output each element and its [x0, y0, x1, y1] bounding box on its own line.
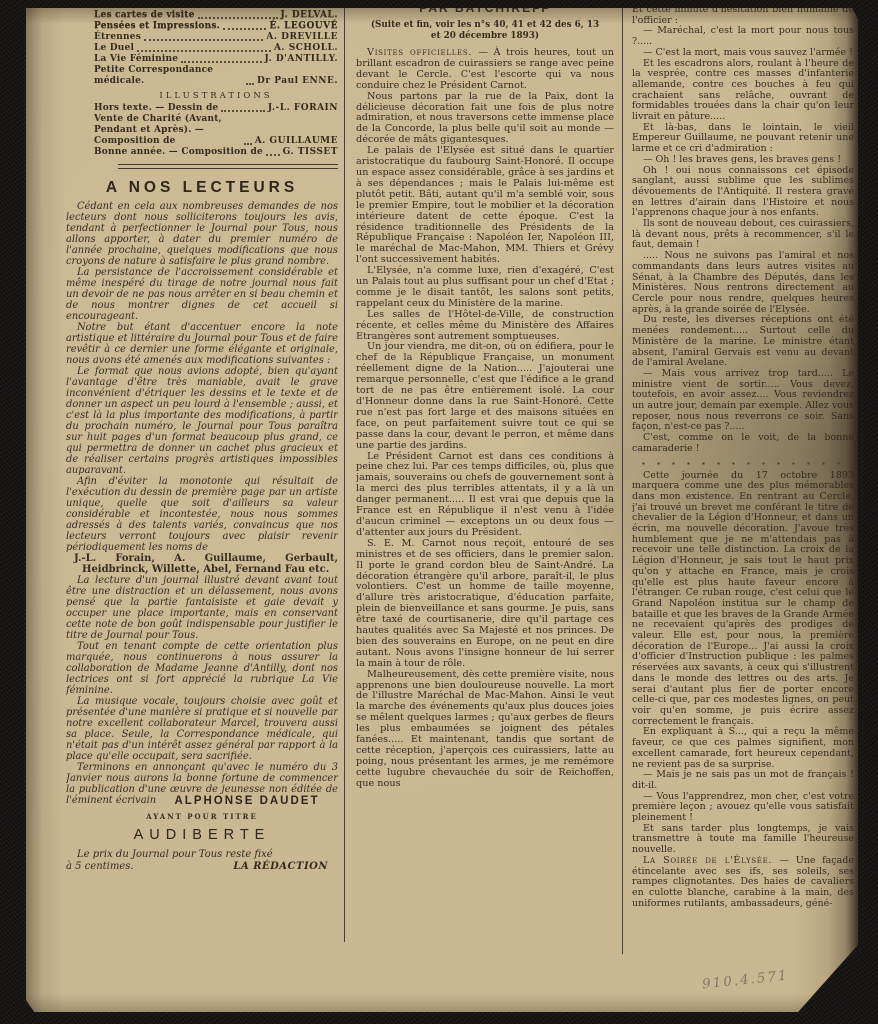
- paragraph: Et sans tarder plus longtemps, je vais t…: [632, 824, 854, 856]
- paragraph: C'est, comme on le voit, de la bonne cam…: [632, 433, 854, 454]
- paragraph: Cédant en cela aux nombreuses demandes d…: [66, 201, 338, 267]
- paragraph: — Vous l'apprendrez, mon cher, c'est vot…: [632, 792, 854, 824]
- toc-author: A. SCHOLL.: [274, 43, 338, 54]
- byline-clip: PAR BATCHIREFF: [356, 8, 614, 17]
- toc-title: Les cartes de visite: [94, 10, 195, 21]
- dotted-leader: [266, 147, 280, 156]
- toc-title: La Vie Féminine: [94, 54, 178, 65]
- paragraph: L'Elysée, n'a comme luxe, rien d'exagéré…: [356, 266, 614, 310]
- toc-title: Vente de Charité (Avant, Pendant et Aprè…: [94, 114, 241, 147]
- article-text: Visites officielles. — À trois heures, t…: [356, 48, 614, 790]
- paragraph: Malheureusement, dès cette première visi…: [356, 670, 614, 790]
- price-line: Le prix du Journal pour Tous reste fixé: [66, 849, 338, 860]
- paragraph: Ils sont de nouveau debout, ces cuirassi…: [632, 219, 854, 251]
- toc-author: G. TISSET: [283, 147, 338, 158]
- toc-row: Le DuelA. SCHOLL.: [94, 43, 338, 54]
- paragraph-lead: La Soirée de l'Élysée.: [643, 855, 780, 866]
- paragraph: Du reste, les diverses réceptions ont ét…: [632, 315, 854, 369]
- contents-list: Les cartes de visiteJ. DELVAL.Pensées et…: [94, 10, 338, 87]
- paragraph: — Mais je ne sais pas un mot de français…: [632, 770, 854, 791]
- article-heading: A NOS LECTEURS: [66, 179, 338, 197]
- paragraph: — Mais vous arrivez trop tard..... Le mi…: [632, 369, 854, 433]
- paragraph: En expliquant à S..., qui a reçu la même…: [632, 727, 854, 770]
- paragraph: S. E. M. Carnot nous reçoit, entouré de …: [356, 539, 614, 670]
- toc-author: A. DREVILLE: [266, 32, 338, 43]
- paragraph: Notre but étant d'accentuer encore la no…: [66, 322, 338, 366]
- paragraph-lead: Visites officielles.: [367, 47, 478, 58]
- illustrations-heading: ILLUSTRATIONS: [94, 91, 338, 101]
- dotted-separator: [636, 462, 850, 465]
- toc-row: Hors texte. — Dessin deJ.-L. FORAIN: [94, 103, 338, 114]
- paragraph: Un jour viendra, me dit-on, où on édifie…: [356, 342, 614, 451]
- dotted-leader: [223, 21, 267, 30]
- paragraph: J.-L. Forain, A. Guillaume, Gerbault, He…: [66, 553, 338, 575]
- paragraph: La Soirée de l'Élysée. — Une façade étin…: [632, 856, 854, 910]
- illustrations-list: Hors texte. — Dessin deJ.-L. FORAINVente…: [94, 103, 338, 158]
- paragraph: — Oh ! les braves gens, les braves gens …: [632, 155, 854, 166]
- paragraph: Le format que nous avions adopté, bien q…: [66, 366, 338, 476]
- paragraph: Oh ! oui nous connaissons cet épisode sa…: [632, 166, 854, 220]
- left-column: Les cartes de visiteJ. DELVAL.Pensées et…: [66, 8, 338, 1010]
- paragraph: Le palais de l'Elysée est situé dans le …: [356, 146, 614, 266]
- dotted-leader: [181, 54, 261, 63]
- continuation-note: (Suite et fin, voir les n°s 40, 41 et 42…: [366, 20, 604, 42]
- toc-author: J.-L. FORAIN: [268, 103, 338, 114]
- paragraph: — C'est la mort, mais vous sauvez l'armé…: [632, 48, 854, 59]
- paragraph: Et les escadrons alors, roulant à l'heur…: [632, 59, 854, 123]
- toc-title: Hors texte. — Dessin de: [94, 103, 218, 114]
- double-rule: [118, 164, 338, 169]
- paragraph: Cette journée du 17 octobre 1893 marquer…: [632, 471, 854, 728]
- toc-author: É. LEGOUVÉ: [269, 21, 338, 32]
- dotted-leader: [221, 103, 264, 112]
- toc-author: J. D'ANTILLY.: [265, 54, 338, 65]
- toc-row: La Vie FéminineJ. D'ANTILLY.: [94, 54, 338, 65]
- toc-author: Dr Paul ENNE.: [257, 76, 338, 87]
- toc-title: Petite Correspondance médicale.: [94, 65, 243, 87]
- byline: PAR BATCHIREFF: [356, 8, 614, 15]
- toc-title: Bonne année. — Composition de: [94, 147, 263, 158]
- column-divider-left: [344, 8, 345, 942]
- price-amount: à 5 centimes.: [66, 861, 134, 872]
- toc-row: ÉtrennesA. DREVILLE: [94, 32, 338, 43]
- toc-row: Pensées et Impressions.É. LEGOUVÉ: [94, 21, 338, 32]
- paragraph: Tout en tenant compte de cette orientati…: [66, 641, 338, 696]
- dotted-leader: [144, 32, 263, 41]
- article-text-continued: Et cette minute d'hésitation bien humain…: [632, 8, 854, 909]
- editorial-text: Cédant en cela aux nombreuses demandes d…: [66, 201, 338, 806]
- signature-note: AYANT POUR TITRE: [66, 812, 338, 821]
- newspaper-page: Les cartes de visiteJ. DELVAL.Pensées et…: [26, 8, 858, 1012]
- toc-title: Pensées et Impressions.: [94, 21, 220, 32]
- paragraph: Les salles de l'Hôtel-de-Ville, de const…: [356, 310, 614, 343]
- redaction-signature: LA RÉDACTION: [233, 861, 338, 872]
- dotted-leader: [244, 136, 252, 145]
- paragraph: Afin d'éviter la monotonie qui résultait…: [66, 476, 338, 553]
- toc-author: J. DELVAL.: [281, 10, 338, 21]
- paragraph: Visites officielles. — À trois heures, t…: [356, 48, 614, 92]
- paragraph: La persistance de l'accroissement consid…: [66, 267, 338, 322]
- price-redaction-row: à 5 centimes. LA RÉDACTION: [66, 861, 338, 872]
- paragraph: Nous partons par la rue de la Paix, dont…: [356, 92, 614, 147]
- dotted-leader: [246, 76, 254, 85]
- paragraph: ..... Nous ne suivons pas l'amiral et no…: [632, 251, 854, 315]
- paragraph: La lecture d'un journal illustré devant …: [66, 575, 338, 641]
- toc-row: Vente de Charité (Avant, Pendant et Aprè…: [94, 114, 338, 147]
- paragraph: — Maréchal, c'est la mort pour nous tous…: [632, 26, 854, 47]
- dotted-leader: [198, 10, 278, 19]
- toc-row: Les cartes de visiteJ. DELVAL.: [94, 10, 338, 21]
- scan-background: Les cartes de visiteJ. DELVAL.Pensées et…: [0, 0, 878, 1024]
- paragraph: Et cette minute d'hésitation bien humain…: [632, 8, 854, 26]
- toc-row: Petite Correspondance médicale.Dr Paul E…: [94, 65, 338, 87]
- toc-title: Étrennes: [94, 32, 141, 43]
- middle-column: PAR BATCHIREFF (Suite et fin, voir les n…: [356, 8, 614, 968]
- right-column: Et cette minute d'hésitation bien humain…: [632, 8, 854, 965]
- dotted-leader: [137, 43, 271, 52]
- work-title: AUDIBERTE: [66, 827, 338, 843]
- toc-author: A. GUILLAUME: [255, 136, 338, 147]
- paragraph: La musique vocale, toujours choisie avec…: [66, 696, 338, 762]
- paragraph: Et là-bas, dans le lointain, le vieil Em…: [632, 123, 854, 155]
- paragraph: Le Président Carnot est dans ces conditi…: [356, 452, 614, 539]
- column-divider-right: [622, 8, 623, 954]
- toc-row: Bonne année. — Composition deG. TISSET: [94, 147, 338, 158]
- toc-title: Le Duel: [94, 43, 134, 54]
